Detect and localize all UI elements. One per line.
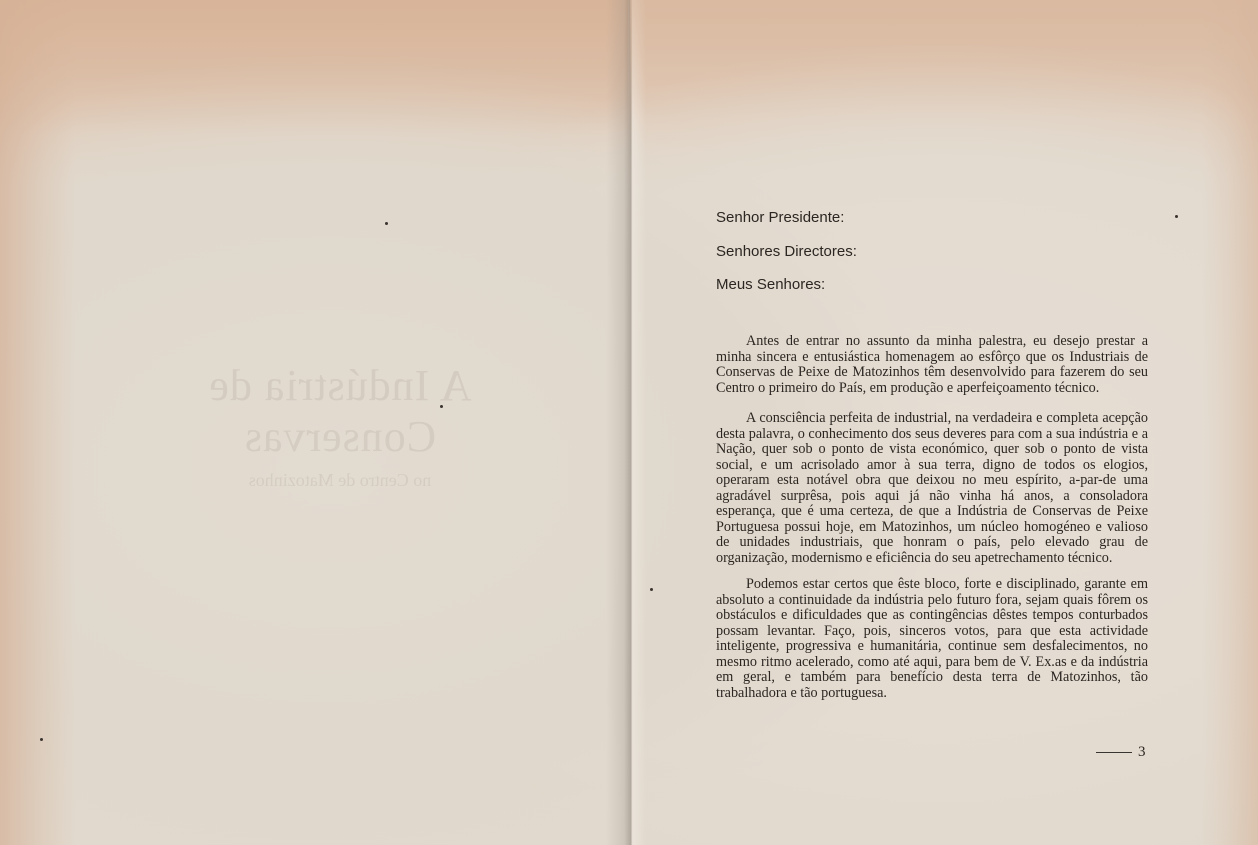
page-number-value: 3 bbox=[1138, 744, 1146, 761]
paper-speck bbox=[650, 588, 653, 591]
show-through-text: A Indústria de Conservas no Centro de Ma… bbox=[120, 360, 560, 491]
paragraph-1: Antes de entrar no assunto da minha pale… bbox=[716, 334, 1148, 396]
show-through-title: A Indústria de Conservas bbox=[120, 360, 560, 462]
paper-speck bbox=[40, 738, 43, 741]
page-number: 3 bbox=[1096, 744, 1146, 761]
paper-speck bbox=[440, 405, 443, 408]
left-page: A Indústria de Conservas no Centro de Ma… bbox=[0, 0, 628, 845]
paper-speck bbox=[385, 222, 388, 225]
paragraph-3: Podemos estar certos que êste bloco, for… bbox=[716, 577, 1148, 701]
show-through-subtitle: no Centro de Matozinhos bbox=[120, 470, 560, 491]
right-page: Senhor Presidente: Senhores Directores: … bbox=[630, 0, 1258, 845]
salutation-president: Senhor Presidente: bbox=[716, 209, 844, 226]
book-spread: A Indústria de Conservas no Centro de Ma… bbox=[0, 0, 1258, 845]
paragraph-2: A consciência perfeita de industrial, na… bbox=[716, 411, 1148, 566]
page-number-rule bbox=[1096, 752, 1132, 753]
salutation-gentlemen: Meus Senhores: bbox=[716, 276, 825, 293]
salutation-directors: Senhores Directores: bbox=[716, 243, 857, 260]
paper-speck bbox=[1175, 215, 1178, 218]
